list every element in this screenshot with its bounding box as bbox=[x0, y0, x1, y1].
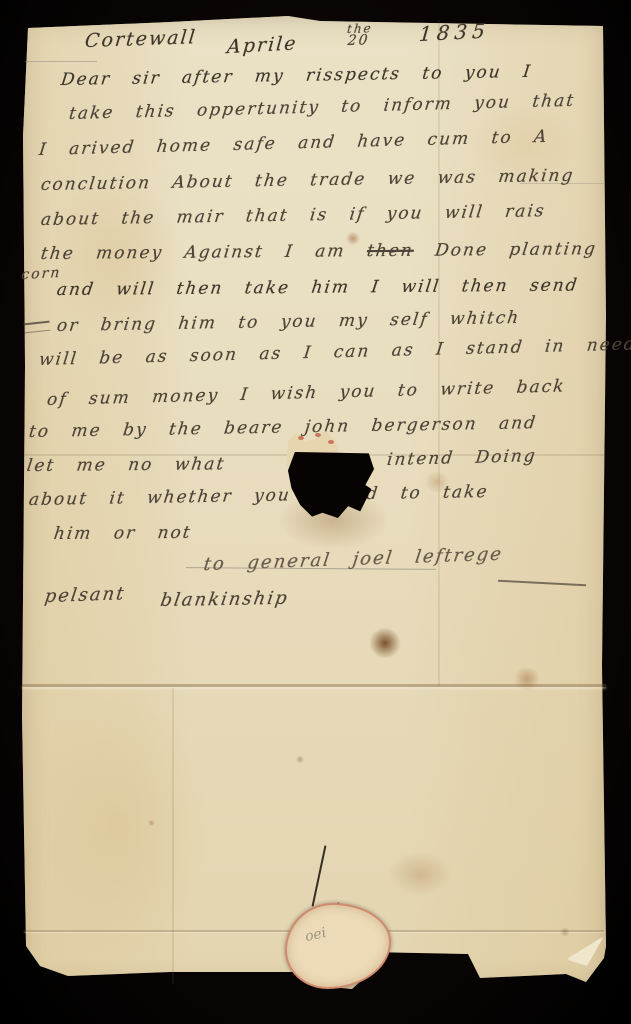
inserted-word: corn bbox=[21, 266, 62, 282]
letter-line: let me no what bbox=[26, 456, 227, 475]
letter-line: intend Doing bbox=[386, 448, 538, 469]
line-segment: Done planting bbox=[434, 239, 598, 260]
wax-trace bbox=[298, 436, 304, 440]
dateline-year: 1835 bbox=[418, 20, 491, 44]
line-segment: the money Against I am bbox=[40, 241, 347, 264]
struck-word: then bbox=[366, 241, 415, 261]
dateline-day: the20 bbox=[345, 19, 374, 47]
signature-last: blankinship bbox=[159, 590, 290, 610]
signature-first: pelsant bbox=[43, 585, 126, 606]
wax-trace bbox=[328, 440, 334, 444]
wax-seal-remnant: oei bbox=[285, 903, 391, 989]
letter-scan: Cortewall Aprile the20 1835 Dear sir aft… bbox=[0, 0, 631, 1024]
dateline-place: Cortewall bbox=[84, 28, 198, 51]
dateline-month: Aprile bbox=[226, 34, 298, 57]
letter-line: the money Against I am then Done plantin… bbox=[40, 241, 598, 263]
wax-trace bbox=[315, 433, 321, 437]
letter-line: him or not bbox=[53, 525, 193, 543]
seal-script: oei bbox=[304, 925, 328, 945]
dateline-day-number: 20 bbox=[347, 34, 370, 47]
letter-line: and will then take him I will then send bbox=[56, 277, 580, 299]
